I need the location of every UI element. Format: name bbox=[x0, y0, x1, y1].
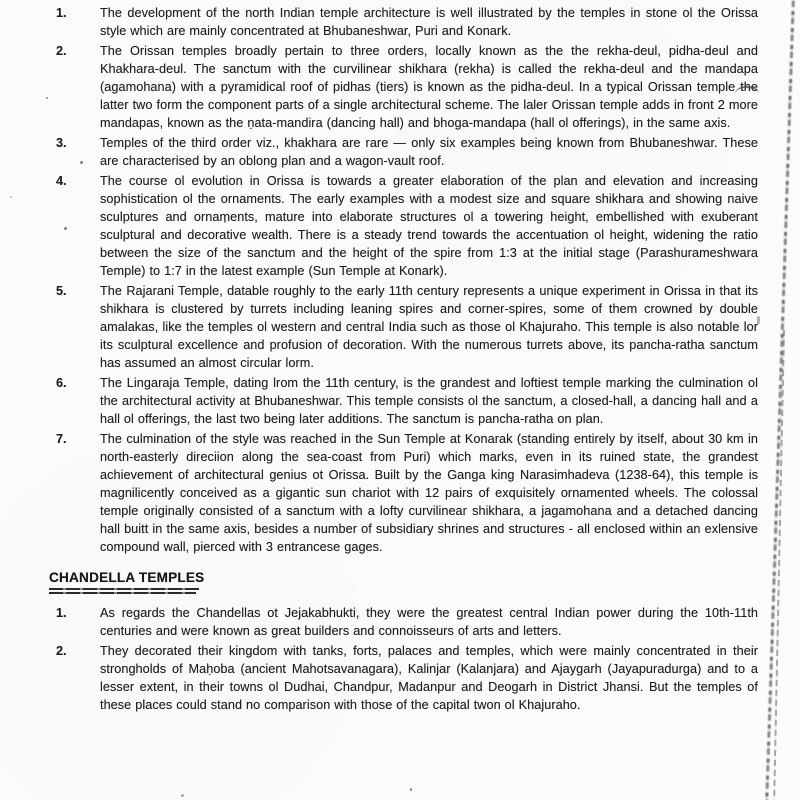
scan-speck bbox=[181, 794, 184, 797]
item-text: Temples of the third order viz., khakhar… bbox=[100, 134, 758, 170]
orissa-numbered-list: 1. The development of the north Indian t… bbox=[0, 4, 760, 556]
item-number: 5. bbox=[56, 282, 100, 372]
heading-underline bbox=[49, 588, 199, 590]
scan-speck bbox=[46, 97, 48, 99]
section-heading-block: CHANDELLA TEMPLES bbox=[49, 570, 249, 594]
item-number: 1. bbox=[56, 4, 100, 40]
item-text: The Orissan temples broadly pertain to t… bbox=[100, 42, 758, 132]
list-item: 3. Temples of the third order viz., khak… bbox=[0, 134, 760, 170]
scan-speck bbox=[757, 316, 760, 324]
list-item: 2. The Orissan temples broadly pertain t… bbox=[0, 42, 760, 132]
list-item: 6. The Lingaraja Temple, dating lrom the… bbox=[0, 374, 760, 428]
document-page: 1. The development of the north Indian t… bbox=[0, 0, 800, 800]
list-item: 1. The development of the north Indian t… bbox=[0, 4, 760, 40]
item-number: 3. bbox=[56, 134, 100, 170]
item-text: The Rajarani Temple, datable roughly to … bbox=[100, 282, 758, 372]
heading-underline bbox=[49, 592, 196, 594]
item-text: As regards the Chandellas ot Jejakabhukt… bbox=[100, 604, 758, 640]
scan-speck bbox=[10, 196, 12, 198]
chandella-numbered-list: 1. As regards the Chandellas ot Jejakabh… bbox=[0, 604, 760, 714]
item-text: The culmination of the style was reached… bbox=[100, 430, 758, 556]
list-item: 4. The course ol evolution in Orissa is … bbox=[0, 172, 760, 280]
item-text: They decorated their kingdom with tanks,… bbox=[100, 642, 758, 714]
list-item: 2. They decorated their kingdom with tan… bbox=[0, 642, 760, 714]
page-content: 1. The development of the north Indian t… bbox=[0, 4, 760, 716]
item-number: 2. bbox=[56, 642, 100, 714]
item-text: The course ol evolution in Orissa is tow… bbox=[100, 172, 758, 280]
scan-speck bbox=[64, 227, 67, 230]
item-number: 4. bbox=[56, 172, 100, 280]
scan-edge-streak bbox=[765, 0, 795, 800]
item-number: 7. bbox=[56, 430, 100, 556]
item-number: 1. bbox=[56, 604, 100, 640]
scan-speck bbox=[410, 788, 412, 791]
list-item: 5. The Rajarani Temple, datable roughly … bbox=[0, 282, 760, 372]
scan-speck bbox=[224, 220, 226, 223]
item-text: The development of the north Indian temp… bbox=[100, 4, 758, 40]
item-number: 6. bbox=[56, 374, 100, 428]
scan-speck bbox=[80, 161, 83, 164]
list-item: 1. As regards the Chandellas ot Jejakabh… bbox=[0, 604, 760, 640]
list-item: 7. The culmination of the style was reac… bbox=[0, 430, 760, 556]
item-number: 2. bbox=[56, 42, 100, 132]
section-heading: CHANDELLA TEMPLES bbox=[49, 570, 249, 585]
item-text: The Lingaraja Temple, dating lrom the 11… bbox=[100, 374, 758, 428]
